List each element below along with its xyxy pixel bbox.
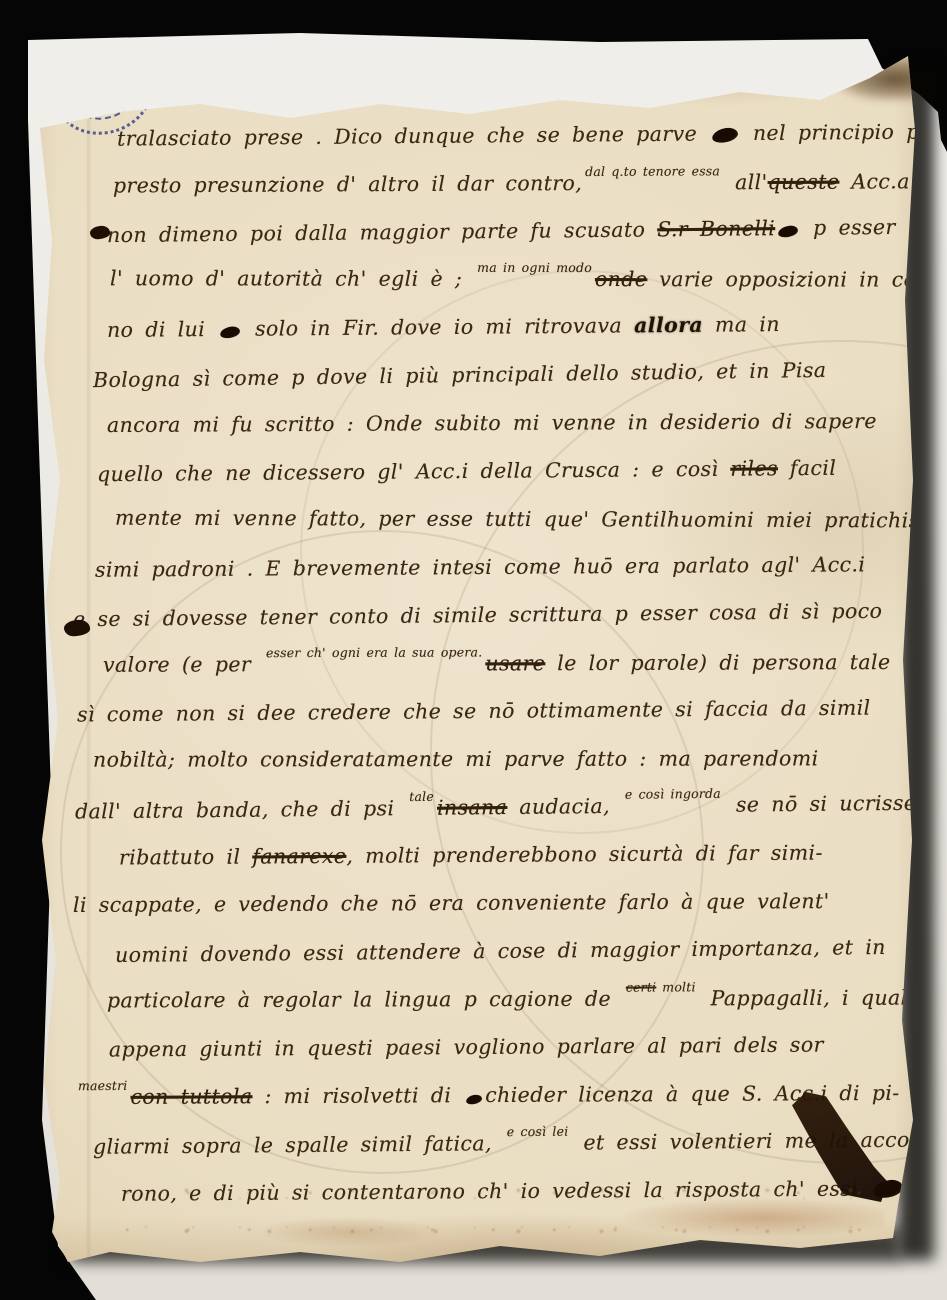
handwriting-text: valore (e per bbox=[103, 652, 263, 677]
handwriting-text: li scappate, e vedendo che nō era conven… bbox=[73, 889, 830, 917]
handwriting-text: tralasciato prese . Dico dunque che se b… bbox=[117, 121, 709, 150]
text-line: no di lui solo in Fir. dove io mi ritrov… bbox=[107, 309, 780, 345]
inline-ink-blot bbox=[219, 325, 240, 339]
struck-text: fanarexe bbox=[252, 844, 346, 869]
handwriting-text: nobiltà; molto consideratamente mi parve… bbox=[93, 746, 819, 771]
handwriting-text: uomini dovendo essi attendere à cose di … bbox=[115, 935, 886, 967]
text-line: quello che ne dicessero gl' Acc.i della … bbox=[97, 453, 836, 489]
handwriting-text: particolare à regolar la lingua p cagion… bbox=[107, 987, 623, 1013]
struck-text: usare bbox=[485, 651, 545, 675]
text-line: appena giunti in questi paesi vogliono p… bbox=[109, 1030, 824, 1065]
inline-ink-blot bbox=[711, 126, 739, 144]
handwriting-text: presto presunzione d' altro il dar contr… bbox=[113, 171, 582, 197]
interlinear-insertion: e così lei bbox=[507, 1117, 569, 1148]
interlinear-insertion: molti bbox=[662, 972, 696, 1002]
text-line: valore (e per esser ch' ogni era la sua … bbox=[103, 646, 947, 683]
interlinear-struck: certi bbox=[626, 972, 657, 1002]
handwriting-text: dall' altra banda, che di psi bbox=[75, 796, 407, 823]
text-line: presto presunzione d' altro il dar contr… bbox=[113, 166, 947, 204]
struck-text: S.r Bonelli bbox=[657, 216, 775, 241]
interlinear-insertion: ma in ogni modo bbox=[477, 253, 592, 283]
heavy-ink-text: allora bbox=[634, 313, 703, 338]
interlinear-insertion: e così ingorda bbox=[625, 779, 721, 810]
text-line: e se si dovesse tener conto di simile sc… bbox=[73, 596, 883, 634]
handwriting-text: p esser bbox=[801, 215, 896, 240]
struck-text: riles bbox=[730, 456, 778, 480]
handwriting-text: varie opposizioni in continue fur- bbox=[647, 267, 947, 292]
interlinear-insertion: tale bbox=[409, 782, 434, 812]
text-line: simi padroni . E brevemente intesi come … bbox=[95, 549, 865, 584]
text-line: nobiltà; molto consideratamente mi parve… bbox=[93, 743, 819, 774]
handwriting-text: quello che ne dicessero gl' Acc.i della … bbox=[97, 457, 731, 487]
handwriting-text: ribattuto il bbox=[119, 845, 252, 870]
handwriting-text: gliarmi sopra le spalle simil fatica, bbox=[93, 1131, 504, 1159]
handwriting-text: le lor parole) di persona tale . il che bbox=[545, 650, 947, 676]
handwriting-text: no di lui bbox=[107, 317, 217, 342]
inline-ink-blot bbox=[777, 225, 798, 239]
handwriting-text: nel principio più bbox=[741, 119, 940, 145]
text-line: uomini dovendo essi attendere à cose di … bbox=[115, 932, 886, 970]
interlinear-insertion: maestri bbox=[78, 1071, 128, 1101]
handwriting-text: Pappagalli, i quali bbox=[699, 986, 915, 1011]
scanned-manuscript: ✻ 5 tralasciato prese . Dico dunque che … bbox=[0, 0, 947, 1300]
handwriting-text: simi padroni . E brevemente intesi come … bbox=[95, 552, 865, 581]
handwriting-text: sì come non si dee credere che se nō ott… bbox=[77, 696, 871, 727]
handwriting-text: audacia, bbox=[507, 794, 622, 819]
struck-text: insana bbox=[437, 795, 508, 820]
foxing-stains bbox=[120, 1178, 884, 1250]
struck-text: onde bbox=[595, 267, 647, 291]
text-line: sì come non si dee credere che se nō ott… bbox=[77, 693, 871, 730]
handwriting-text: l' uomo d' autorità ch' egli è ; bbox=[110, 266, 474, 291]
handwriting-text: non dimeno poi dalla maggior parte fu sc… bbox=[107, 217, 657, 247]
text-line: ribattuto il fanarexe, molti prenderebbo… bbox=[119, 838, 823, 873]
handwriting-text: Bologna sì come p dove li più principali… bbox=[93, 358, 827, 392]
handwriting-text: facil bbox=[778, 456, 837, 481]
text-line: l' uomo d' autorità ch' egli è ; ma in o… bbox=[110, 263, 947, 298]
handwriting-text: ma in bbox=[703, 312, 780, 337]
handwriting-text: ancora mi fu scritto : Onde subito mi ve… bbox=[107, 409, 877, 437]
text-line: li scappate, e vedendo che nō era conven… bbox=[73, 886, 830, 920]
text-line: non dimeno poi dalla maggior parte fu sc… bbox=[107, 212, 896, 250]
struck-text: queste bbox=[768, 170, 840, 194]
handwriting-text: appena giunti in questi paesi vogliono p… bbox=[109, 1033, 824, 1062]
handwriting-text: solo in Fir. dove io mi ritrovava bbox=[243, 313, 634, 340]
text-line: maestricon tuttola : mi risolvetti di ch… bbox=[75, 1078, 900, 1115]
text-line: dall' altra banda, che di psi taleinsana… bbox=[75, 787, 940, 829]
text-line: mente mi venne fatto, per esse tutti que… bbox=[115, 503, 927, 536]
text-line: ancora mi fu scritto : Onde subito mi ve… bbox=[107, 406, 877, 440]
handwriting-text: mente mi venne fatto, per esse tutti que… bbox=[115, 506, 927, 533]
handwriting-text: : mi risolvetti di bbox=[252, 1083, 463, 1108]
handwriting-text: se nō si ucrissero bbox=[724, 790, 940, 816]
text-line: Bologna sì come p dove li più principali… bbox=[93, 355, 827, 395]
text-line: particolare à regolar la lingua p cagion… bbox=[107, 983, 915, 1019]
handwriting-text: all' bbox=[723, 170, 768, 194]
handwriting-text: e se si dovesse tener conto di simile sc… bbox=[73, 599, 883, 631]
handwriting-text: chieder licenza à que S. Acc.i di pi- bbox=[485, 1081, 900, 1107]
handwriting-text: , molti prenderebbono sicurtà di far sim… bbox=[346, 841, 823, 868]
struck-text: con tuttola bbox=[130, 1084, 252, 1109]
interlinear-insertion: dal q.to tenore essa bbox=[585, 156, 720, 187]
inline-ink-blot bbox=[466, 1094, 483, 1105]
handwriting-text: et essi volentieri me la accorda- bbox=[571, 1127, 947, 1154]
text-line: tralasciato prese . Dico dunque che se b… bbox=[117, 116, 940, 153]
manuscript-page: ✻ 5 tralasciato prese . Dico dunque che … bbox=[0, 0, 947, 1300]
interlinear-insertion: esser ch' ogni era la sua opera. bbox=[266, 637, 483, 668]
